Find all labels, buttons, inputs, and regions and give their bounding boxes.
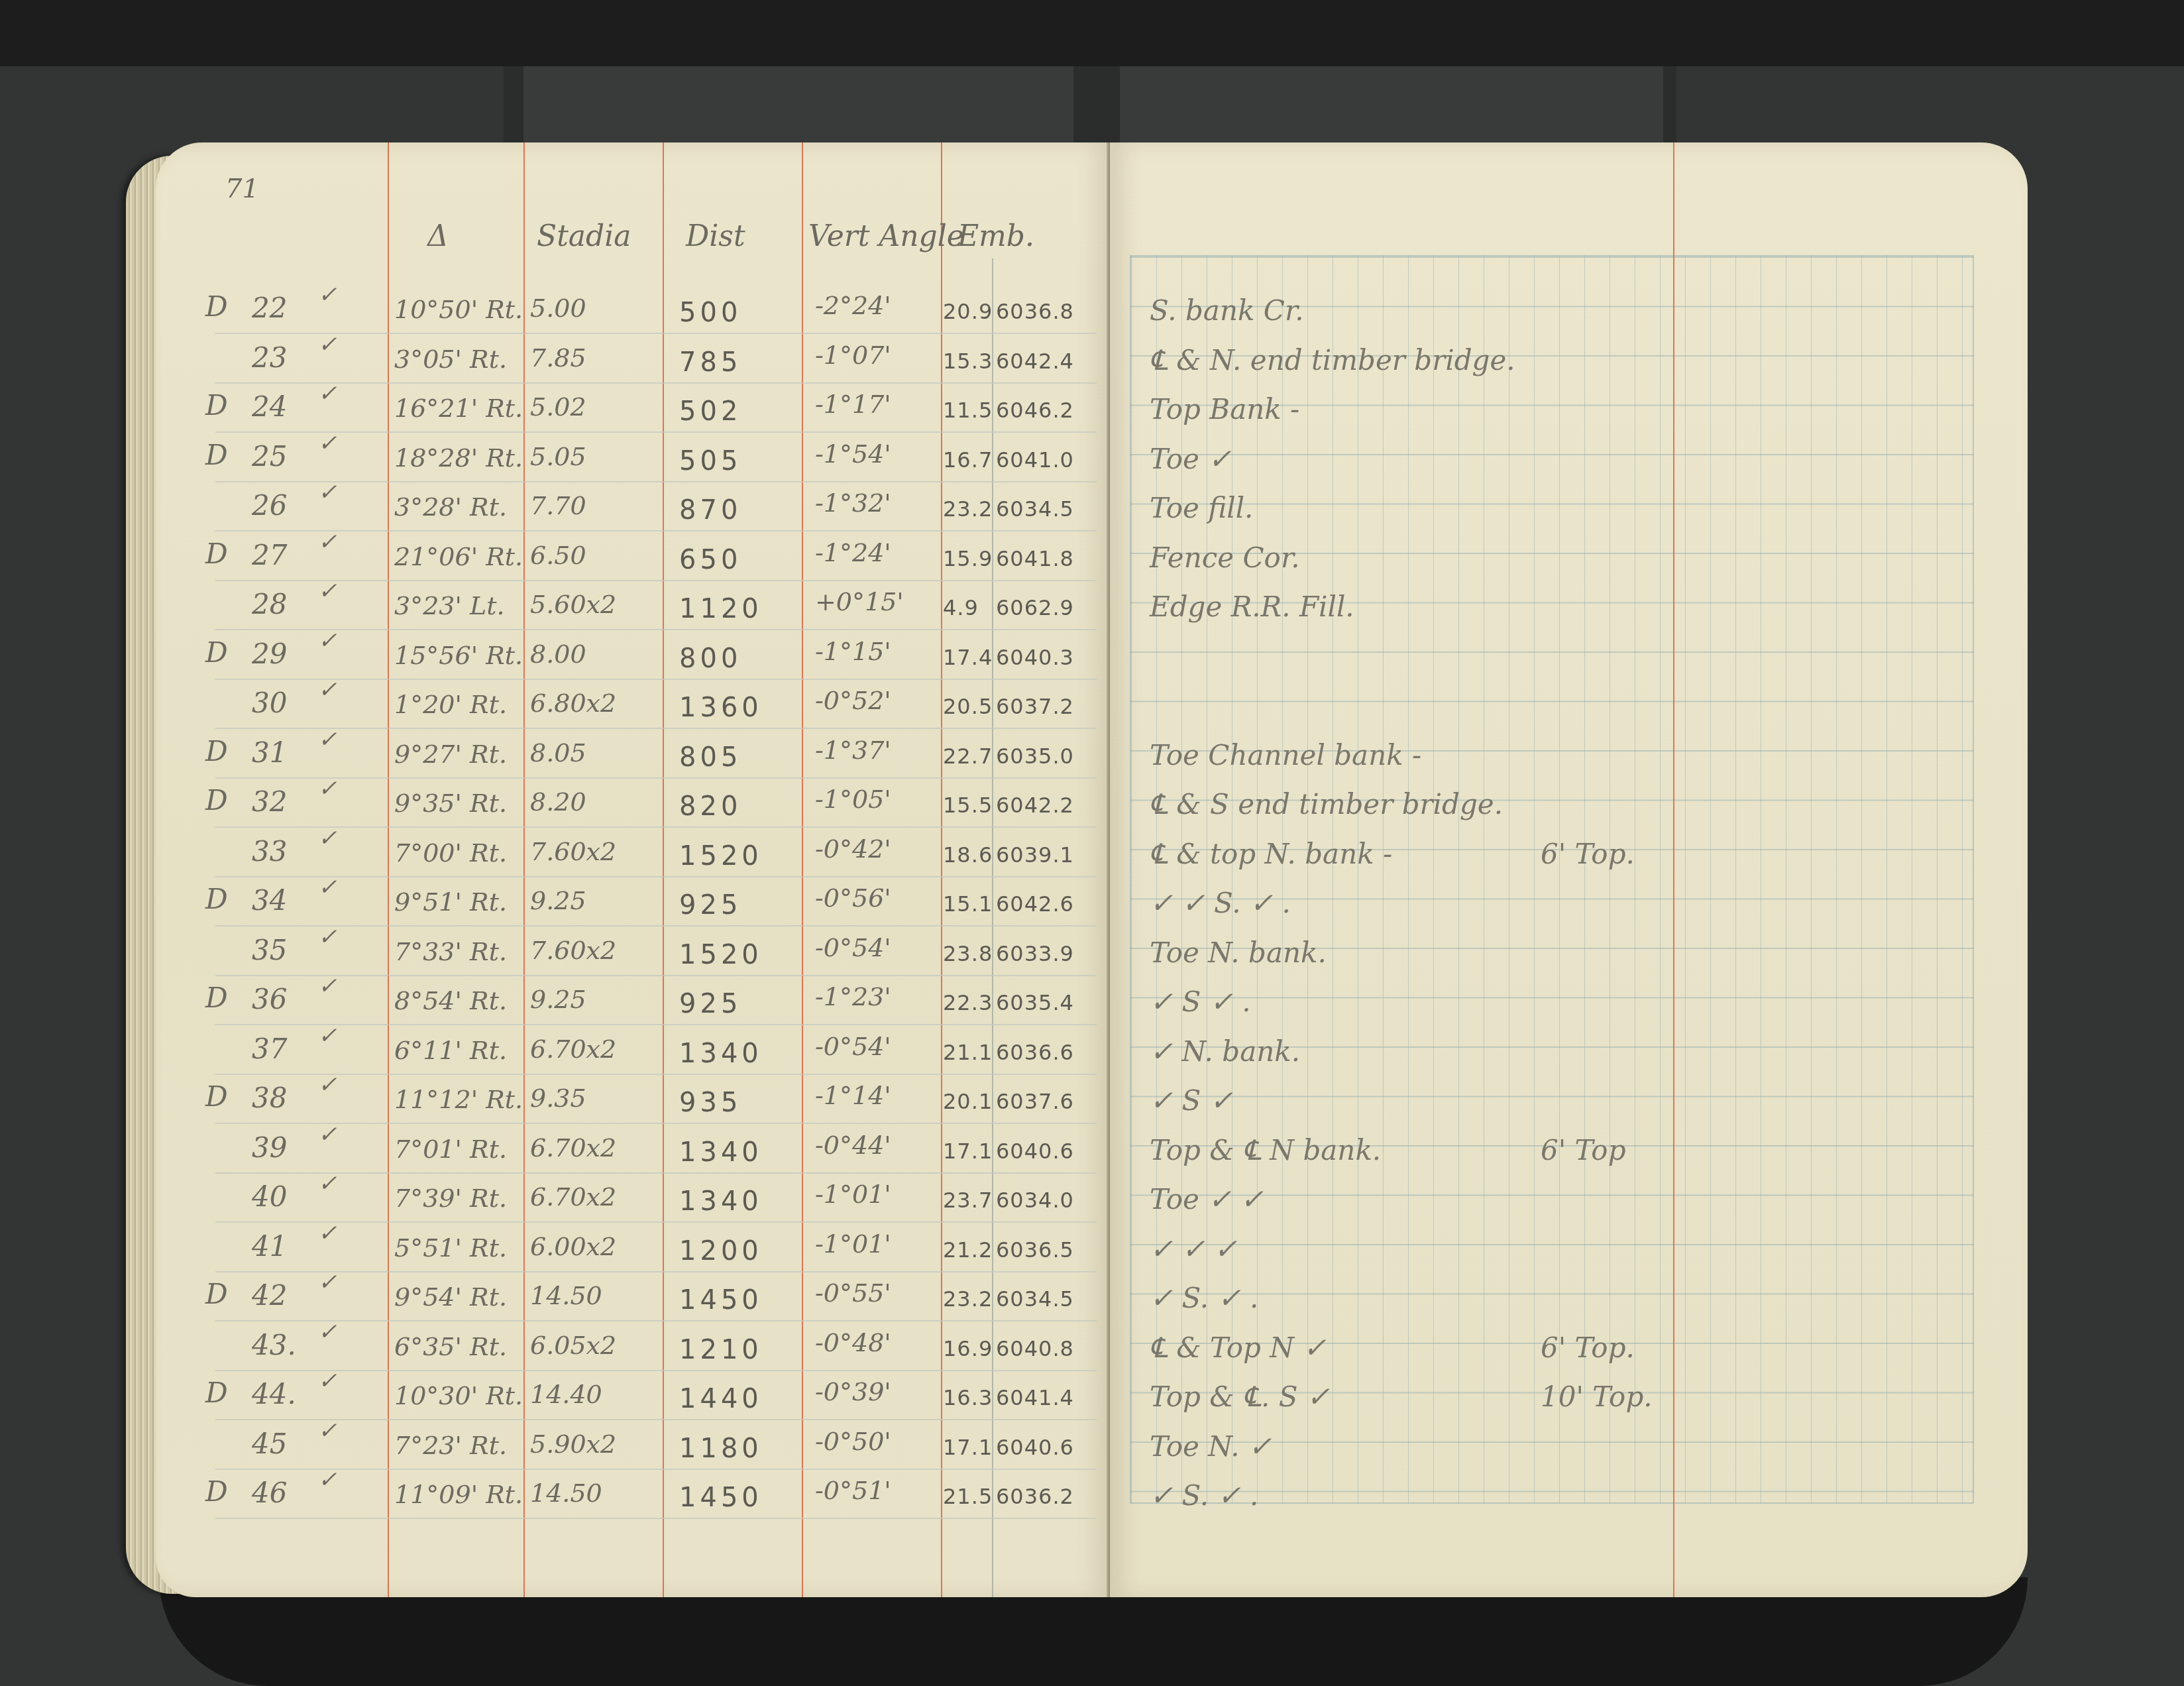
delta-angle: 9°54' Rt. [394,1284,507,1310]
check-mark: ✓ [318,531,337,553]
ruled-line [215,431,1097,433]
point-number: 32 [252,788,287,816]
stadia-reading: 9.25 [530,888,586,913]
elevation-difference: 15.3 [943,351,993,372]
vertical-angle: -0°54' [815,1034,891,1059]
elevation-difference: 23.2 [943,498,993,520]
remark-text: Top & ℄ N bank. [1150,1137,1381,1164]
stadia-reading: 14.50 [530,1283,602,1308]
elevation-difference: 15.1 [943,893,993,915]
delta-angle: 9°51' Rt. [394,889,507,915]
distance: 1450 [679,1485,763,1511]
left-page: 71 Δ Stadia Dist Vert Angle Emb. D22✓10°… [156,142,1110,1597]
elevation: 6033.9 [996,943,1074,964]
point-number: 22 [252,294,287,322]
stadia-reading: 6.00x2 [530,1234,616,1259]
distance: 1340 [679,1139,763,1166]
delta-angle: 7°00' Rt. [394,840,507,866]
check-mark: ✓ [318,1172,337,1195]
row-marker: D [205,885,228,913]
point-number: 27 [252,541,287,569]
distance: 800 [679,646,741,672]
distance: 805 [679,744,741,771]
page-number: 71 [225,176,259,202]
elevation: 6036.2 [996,1486,1074,1507]
delta-angle: 5°51' Rt. [394,1235,507,1261]
distance: 500 [679,300,741,326]
vertical-angle: -1°24' [815,540,891,565]
ruled-line [215,777,1097,779]
ruled-line [215,1221,1097,1223]
distance: 820 [679,793,741,820]
graph-grid [1130,255,1974,1504]
stadia-reading: 7.70 [530,493,586,518]
elevation: 6036.6 [996,1042,1074,1063]
delta-angle: 11°09' Rt. [394,1482,523,1507]
stadia-reading: 6.70x2 [530,1135,616,1160]
stadia-reading: 7.60x2 [530,938,616,963]
remark-text: S. bank Cr. [1150,297,1304,325]
elevation-difference: 18.6 [943,844,993,866]
elevation-difference: 20.9 [943,301,993,322]
point-number: 46 [252,1479,287,1507]
vertical-angle: -0°48' [815,1330,891,1355]
stadia-reading: 8.20 [530,789,586,815]
vertical-angle: -0°50' [815,1429,891,1454]
delta-angle: 3°28' Rt. [394,494,507,520]
distance: 1450 [679,1287,763,1314]
elevation-difference: 17.4 [943,647,993,668]
distance: 650 [679,547,741,573]
ruled-line [215,925,1097,927]
point-number: 39 [252,1134,287,1162]
ruled-line [215,530,1097,532]
elevation: 6046.2 [996,400,1074,421]
row-marker: D [205,1083,228,1111]
elevation: 6042.6 [996,893,1074,915]
delta-angle: 15°56' Rt. [394,643,523,668]
elevation: 6040.8 [996,1338,1074,1359]
elevation-difference: 16.3 [943,1387,993,1408]
remark-text: Toe ✓ [1150,445,1231,473]
remark-text: Toe fill. [1150,494,1253,522]
point-number: 45 [252,1430,287,1458]
check-mark: ✓ [318,1469,337,1491]
point-number: 43. [252,1331,296,1359]
remark-text: ✓ S. ✓ . [1150,1284,1258,1312]
elevation: 6040.6 [996,1141,1074,1162]
delta-angle: 3°23' Lt. [394,593,505,618]
stadia-reading: 14.40 [530,1382,602,1407]
remark-text: ✓ ✓ S. ✓ . [1150,889,1291,917]
point-number: 31 [252,739,287,767]
delta-angle: 16°21' Rt. [394,396,523,421]
point-number: 33 [252,838,287,866]
column-rule [802,142,803,1597]
ruled-line [215,481,1097,482]
remark-text: Edge R.R. Fill. [1150,593,1354,621]
elevation: 6037.2 [996,696,1074,717]
elevation: 6041.0 [996,449,1074,471]
distance: 1520 [679,942,763,968]
field-notebook: 71 Δ Stadia Dist Vert Angle Emb. D22✓10°… [126,142,2028,1597]
elevation: 6040.6 [996,1437,1074,1458]
point-number: 38 [252,1084,287,1112]
check-mark: ✓ [318,1025,337,1047]
delta-angle: 6°11' Rt. [394,1038,507,1063]
check-mark: ✓ [318,728,337,751]
stadia-reading: 6.50 [530,543,586,568]
delta-angle: 9°35' Rt. [394,791,507,816]
stadia-reading: 8.05 [530,740,586,765]
stadia-reading: 5.60x2 [530,592,616,617]
distance: 1520 [679,843,763,870]
stadia-reading: 7.60x2 [530,839,616,864]
row-marker: D [205,738,228,765]
ruled-line [215,728,1097,729]
delta-angle: 8°54' Rt. [394,988,507,1013]
remark-side-note: 6' Top. [1541,840,1635,868]
check-mark: ✓ [318,580,337,602]
elevation-difference: 22.3 [943,992,993,1013]
elevation-difference: 4.9 [943,597,979,618]
delta-angle: 7°39' Rt. [394,1186,507,1211]
vertical-angle: -1°23' [815,984,891,1009]
vertical-angle: -0°52' [815,688,891,713]
elevation-difference: 23.7 [943,1190,993,1211]
elevation-difference: 15.9 [943,548,993,569]
stadia-reading: 6.70x2 [530,1037,616,1062]
point-number: 29 [252,640,287,668]
elevation-difference: 11.5 [943,400,993,421]
check-mark: ✓ [318,1370,337,1392]
remark-text: ✓ S ✓ [1150,1087,1233,1115]
ruled-line [215,1518,1097,1519]
header-delta: Δ [427,222,449,251]
remark-text: Fence Cor. [1150,544,1300,572]
elevation-difference: 17.1 [943,1141,993,1162]
remark-text: ℄ & Top N ✓ [1150,1334,1327,1362]
row-marker: D [205,540,228,568]
check-mark: ✓ [318,432,337,455]
check-mark: ✓ [318,382,337,405]
right-page: S. bank Cr.℄ & N. end timber bridge.Top … [1110,142,2028,1597]
stadia-reading: 7.85 [530,345,586,370]
vertical-angle: +0°15' [815,589,904,614]
stadia-reading: 5.05 [530,444,586,469]
remark-text: ✓ N. bank. [1150,1038,1300,1066]
check-mark: ✓ [318,1271,337,1294]
row-marker: D [205,1478,228,1506]
vertical-angle: -2°24' [815,293,891,318]
vertical-angle: -1°14' [815,1083,891,1108]
elevation: 6034.5 [996,498,1074,520]
ruled-line [215,975,1097,976]
check-mark: ✓ [318,1123,337,1146]
elevation: 6041.8 [996,548,1074,569]
stadia-reading: 8.00 [530,642,586,667]
background-shadow [0,0,2184,66]
vertical-angle: -0°55' [815,1280,891,1306]
row-marker: D [205,441,228,469]
row-marker: D [205,1280,228,1308]
point-number: 24 [252,393,287,421]
delta-angle: 7°33' Rt. [394,939,507,964]
elevation-difference: 16.7 [943,449,993,471]
check-mark: ✓ [318,975,337,997]
row-marker: D [205,1379,228,1407]
ruled-line [215,1320,1097,1321]
stadia-reading: 5.00 [530,296,586,321]
remark-text: Top & ℄. S ✓ [1150,1383,1330,1411]
ruled-line [215,629,1097,630]
distance: 1200 [679,1238,763,1264]
delta-angle: 10°30' Rt. [394,1383,523,1408]
distance: 1340 [679,1040,763,1067]
stadia-reading: 6.80x2 [530,691,616,716]
column-rule [663,142,664,1597]
remark-text: ℄ & S end timber bridge. [1150,791,1503,818]
distance: 1360 [679,695,763,721]
elevation-difference: 17.1 [943,1437,993,1458]
point-number: 44. [252,1380,296,1408]
point-number: 28 [252,590,287,618]
point-number: 23 [252,344,287,372]
ruled-line [215,1172,1097,1174]
distance: 925 [679,892,741,919]
stadia-reading: 14.50 [530,1481,602,1506]
header-vert-angle: Vert Angle [808,222,964,251]
ruled-line [215,382,1097,384]
ruled-line [215,679,1097,680]
check-mark: ✓ [318,777,337,800]
vertical-angle: -1°32' [815,490,891,516]
elevation: 6035.4 [996,992,1074,1013]
elevation: 6034.0 [996,1190,1074,1211]
check-mark: ✓ [318,926,337,948]
remark-side-note: 6' Top [1541,1137,1626,1164]
elevation: 6037.6 [996,1091,1074,1112]
header-stadia: Stadia [537,222,631,251]
elevation: 6042.4 [996,351,1074,372]
check-mark: ✓ [318,333,337,356]
elevation-difference: 20.1 [943,1091,993,1112]
vertical-angle: -0°51' [815,1478,891,1503]
row-marker: D [205,984,228,1012]
vertical-angle: -1°05' [815,787,891,812]
remark-text: ℄ & N. end timber bridge. [1150,347,1515,374]
distance: 785 [679,349,741,376]
distance: 502 [679,398,741,425]
elevation: 6039.1 [996,844,1074,866]
distance: 1120 [679,596,763,622]
delta-angle: 7°01' Rt. [394,1137,507,1162]
distance: 1440 [679,1386,763,1412]
row-marker: D [205,392,228,420]
point-number: 37 [252,1035,287,1063]
remark-side-note: 6' Top. [1541,1334,1635,1362]
header-dist: Dist [686,222,745,251]
header-elev: Emb. [957,222,1034,251]
ruled-line [215,1024,1097,1025]
remark-text: Toe Channel bank - [1150,742,1421,769]
elevation-difference: 21.1 [943,1042,993,1063]
delta-angle: 21°06' Rt. [394,544,523,569]
check-mark: ✓ [318,284,337,306]
ruled-line [215,1370,1097,1371]
ruled-line [215,1271,1097,1272]
column-rule [523,142,525,1597]
elevation-difference: 21.5 [943,1486,993,1507]
vertical-angle: -0°39' [815,1379,891,1404]
elevation-difference: 23.2 [943,1288,993,1310]
vertical-angle: -0°42' [815,836,891,862]
remark-text: ℄ & top N. bank - [1150,840,1392,868]
column-rule [941,142,942,1597]
remark-text: ✓ S ✓ . [1150,988,1251,1016]
point-number: 41 [252,1233,287,1261]
check-mark: ✓ [318,630,337,652]
ruled-line [215,876,1097,877]
row-marker: D [205,293,228,321]
ruled-line [215,333,1097,334]
elevation: 6035.0 [996,746,1074,767]
distance: 505 [679,448,741,475]
elevation: 6062.9 [996,597,1074,618]
vertical-angle: -1°07' [815,343,891,368]
stadia-reading: 9.35 [530,1086,586,1111]
check-mark: ✓ [318,1420,337,1442]
delta-angle: 10°50' Rt. [394,297,523,322]
elevation-difference: 23.8 [943,943,993,964]
ruled-line [215,1074,1097,1075]
remark-text: ✓ S. ✓ . [1150,1482,1258,1510]
point-number: 25 [252,443,287,471]
delta-angle: 1°20' Rt. [394,692,507,717]
vertical-angle: -1°37' [815,738,891,763]
distance: 935 [679,1090,741,1116]
point-number: 30 [252,689,287,717]
remark-text: Toe N. ✓ [1150,1433,1272,1461]
check-mark: ✓ [318,679,337,701]
point-number: 40 [252,1183,287,1211]
point-number: 34 [252,887,287,915]
elevation-difference: 16.9 [943,1338,993,1359]
delta-angle: 11°12' Rt. [394,1087,523,1112]
point-number: 42 [252,1282,287,1310]
distance: 925 [679,991,741,1017]
remark-side-note: 10' Top. [1541,1383,1653,1411]
stadia-reading: 5.90x2 [530,1432,616,1457]
stadia-reading: 5.02 [530,394,586,420]
point-number: 26 [252,492,287,520]
vertical-angle: -0°56' [815,885,891,911]
row-marker: D [205,639,228,667]
delta-angle: 7°23' Rt. [394,1433,507,1458]
check-mark: ✓ [318,1222,337,1245]
elevation: 6042.2 [996,795,1074,816]
elevation-difference: 20.5 [943,696,993,717]
check-mark: ✓ [318,876,337,899]
remark-text: Top Bank - [1150,396,1299,423]
point-number: 36 [252,985,287,1013]
elevation: 6036.5 [996,1239,1074,1261]
delta-angle: 9°27' Rt. [394,742,507,767]
vertical-angle: -1°01' [815,1231,891,1257]
elevation: 6034.5 [996,1288,1074,1310]
elevation-difference: 21.2 [943,1239,993,1261]
ruled-line [215,1123,1097,1124]
check-mark: ✓ [318,1074,337,1096]
distance: 1340 [679,1188,763,1215]
remark-text: ✓ ✓ ✓ [1150,1235,1237,1263]
elevation: 6036.8 [996,301,1074,322]
elevation: 6040.3 [996,647,1074,668]
remark-text: Toe N. bank. [1150,939,1327,967]
vertical-angle: -1°01' [815,1182,891,1207]
delta-angle: 6°35' Rt. [394,1334,507,1359]
remark-text: Toe ✓ ✓ [1150,1186,1264,1213]
ruled-line [215,580,1097,581]
row-marker: D [205,787,228,815]
stadia-reading: 6.70x2 [530,1184,616,1209]
ruled-line [215,1419,1097,1420]
delta-angle: 3°05' Rt. [394,347,507,372]
ruled-line [215,826,1097,828]
column-rule [388,142,389,1597]
check-mark: ✓ [318,1321,337,1343]
check-mark: ✓ [318,481,337,504]
vertical-angle: -1°17' [815,392,891,417]
elevation-difference: 15.5 [943,795,993,816]
vertical-angle: -1°15' [815,639,891,664]
elevation: 6041.4 [996,1387,1074,1408]
distance: 1180 [679,1435,763,1462]
vertical-angle: -0°44' [815,1133,891,1158]
distance: 870 [679,497,741,524]
delta-angle: 18°28' Rt. [394,445,523,471]
elevation-difference: 22.7 [943,746,993,767]
distance: 1210 [679,1337,763,1363]
stadia-reading: 6.05x2 [530,1333,616,1358]
stadia-reading: 9.25 [530,987,586,1012]
point-number: 35 [252,936,287,964]
vertical-angle: -1°54' [815,441,891,467]
ruled-line [215,1469,1097,1470]
vertical-angle: -0°54' [815,935,891,960]
margin-rule [1673,142,1674,1597]
check-mark: ✓ [318,827,337,850]
